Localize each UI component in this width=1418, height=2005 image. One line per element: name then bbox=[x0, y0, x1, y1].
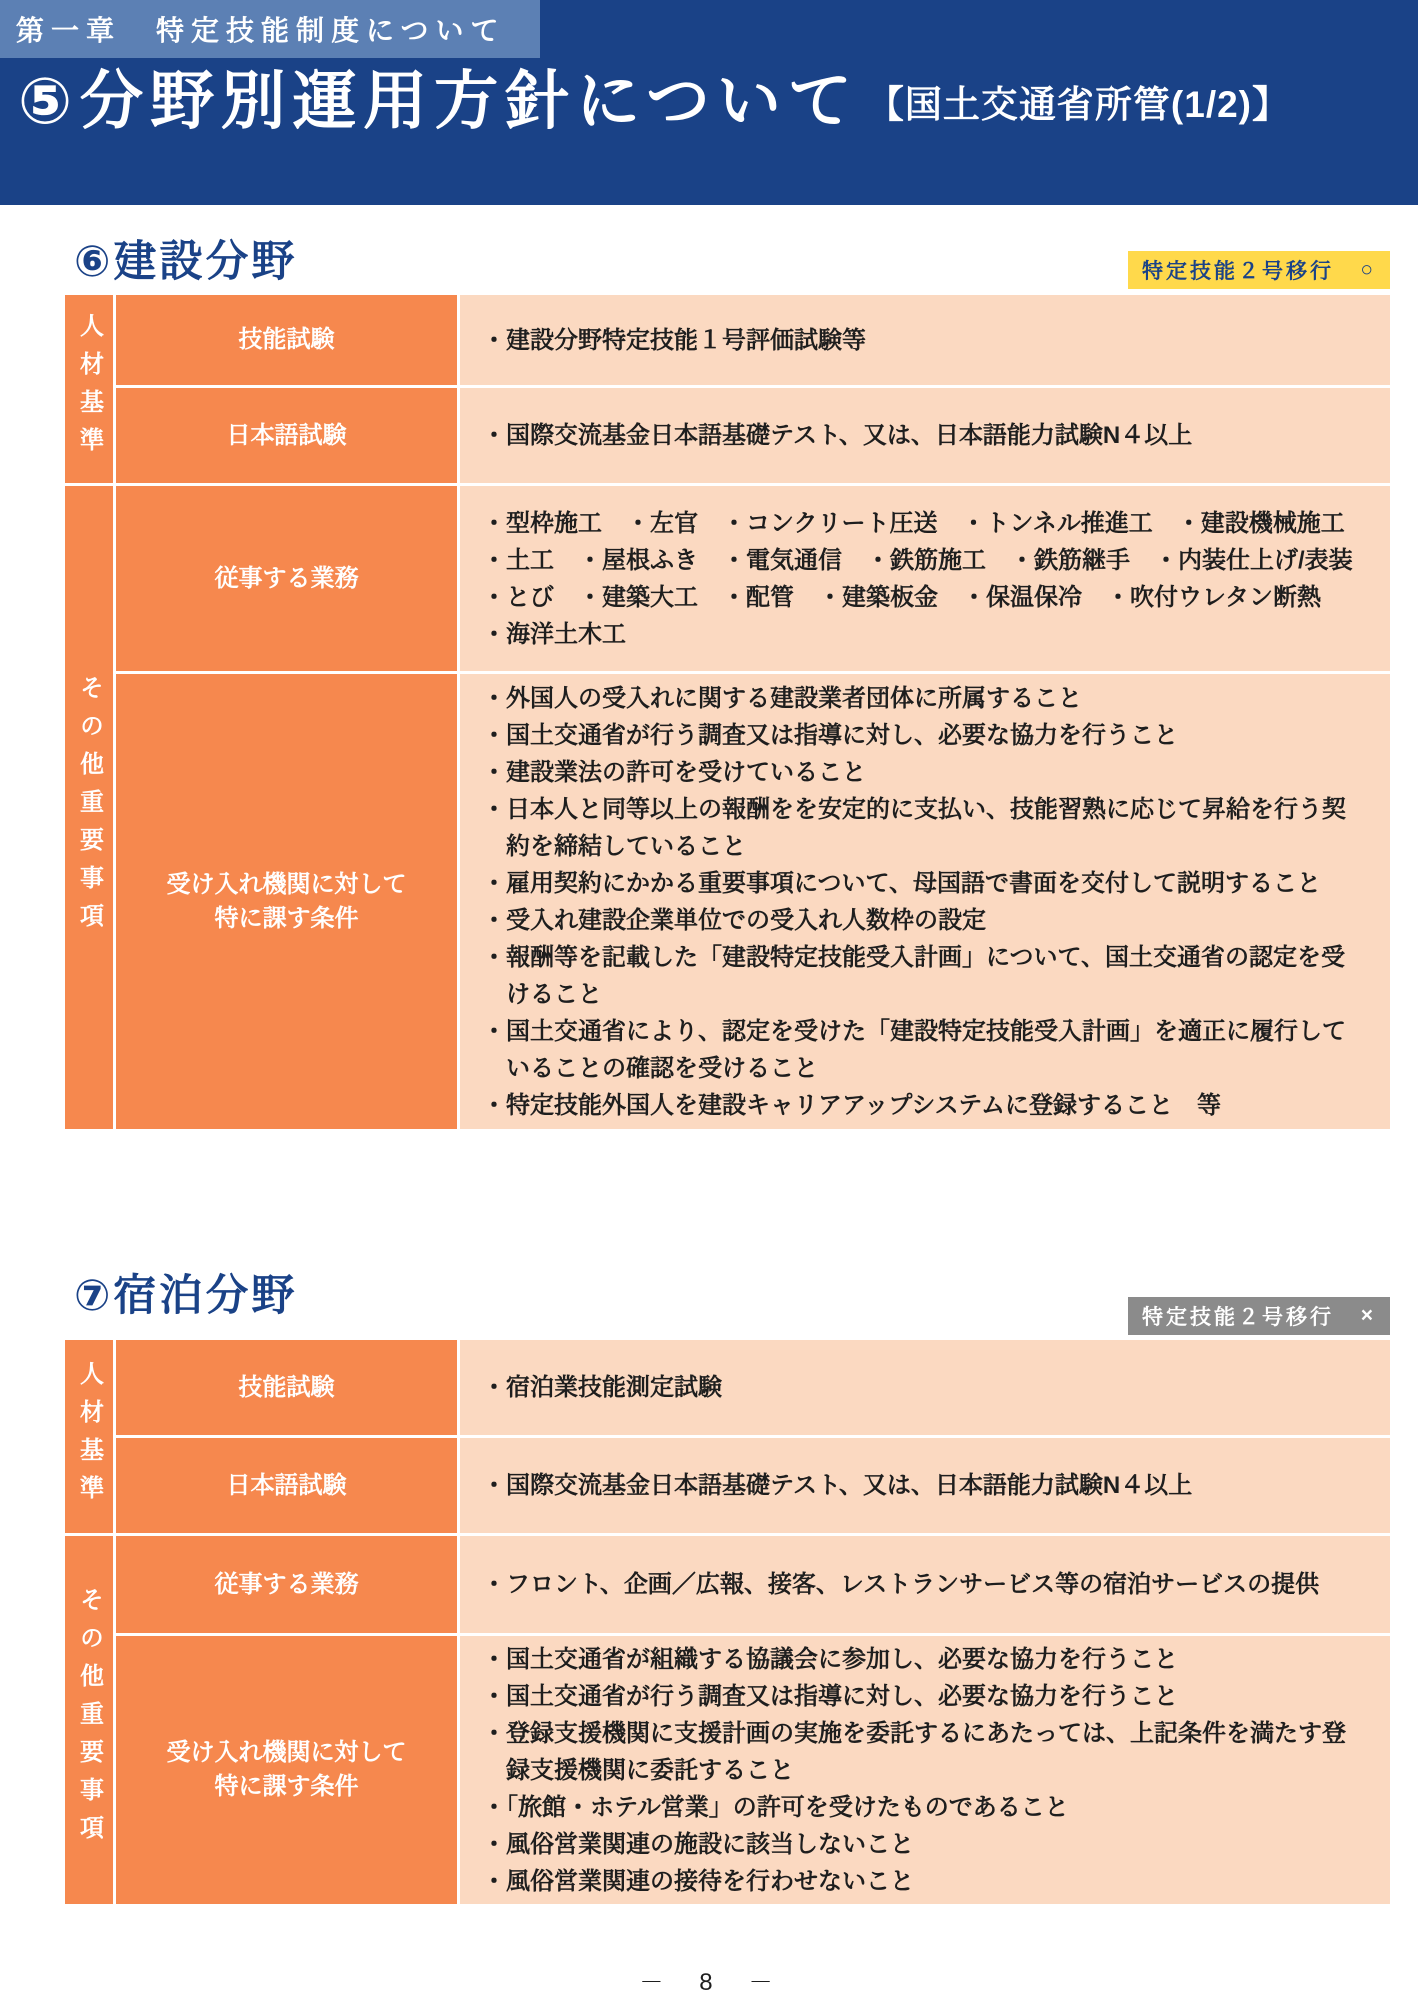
page-title-suffix: 【国土交通省所管(1/2)】 bbox=[867, 74, 1290, 135]
transition-badge-accommodation: 特定技能２号移行 × bbox=[1128, 1297, 1390, 1335]
badge-mark-cross: × bbox=[1361, 1304, 1376, 1328]
section-title-construction: ⑥建設分野 bbox=[74, 228, 297, 289]
bullet-item: ・フロント、企画／広報、接客、レストランサービス等の宿泊サービスの提供 bbox=[482, 1566, 1368, 1603]
bullet-item: ・国土交通省が行う調査又は指導に対し、必要な協力を行うこと bbox=[482, 1678, 1368, 1715]
bullet-item: ・宿泊業技能測定試験 bbox=[482, 1369, 1368, 1406]
bullet-item: ・特定技能外国人を建設キャリアアップシステムに登録すること 等 bbox=[482, 1087, 1368, 1124]
row-content-duties: ・型枠施工 ・左官 ・コンクリート圧送 ・トンネル推進工 ・建設機械施工 ・土工… bbox=[460, 486, 1390, 671]
bullet-item: ・海洋土木工 bbox=[482, 616, 1368, 653]
accommodation-table: 人材基準 技能試験 ・宿泊業技能測定試験 日本語試験 ・国際交流基金日本語基礎テ… bbox=[65, 1340, 1390, 1904]
row-content-skill-test: ・宿泊業技能測定試験 bbox=[460, 1340, 1390, 1435]
bullet-item: ・「旅館・ホテル営業」の許可を受けたものであること bbox=[482, 1789, 1368, 1826]
row-group-label-jinzai: 人材基準 bbox=[65, 1340, 113, 1533]
page-header: 第一章 特定技能制度について ⑤分野別運用方針について 【国土交通省所管(1/2… bbox=[0, 0, 1418, 205]
bullet-item: ・土工 ・屋根ふき ・電気通信 ・鉄筋施工 ・鉄筋継手 ・内装仕上げ/表装 bbox=[482, 542, 1368, 579]
badge-label: 特定技能２号移行 bbox=[1142, 255, 1334, 285]
page-number: － 8 － bbox=[0, 1962, 1418, 1997]
bullet-item: ・型枠施工 ・左官 ・コンクリート圧送 ・トンネル推進工 ・建設機械施工 bbox=[482, 505, 1368, 542]
row-group-label-jinzai: 人材基準 bbox=[65, 295, 113, 483]
construction-table: 人材基準 技能試験 ・建設分野特定技能１号評価試験等 日本語試験 ・国際交流基金… bbox=[65, 295, 1390, 1129]
row-label-japanese-test: 日本語試験 bbox=[116, 1438, 457, 1533]
chapter-bar: 第一章 特定技能制度について bbox=[0, 0, 540, 58]
row-group-label-sonota: その他重要事項 bbox=[65, 1536, 113, 1904]
transition-badge-construction: 特定技能２号移行 ○ bbox=[1128, 251, 1390, 289]
bullet-item: ・登録支援機関に支援計画の実施を委託するにあたっては、上記条件を満たす登録支援機… bbox=[482, 1715, 1368, 1789]
bullet-item: ・風俗営業関連の接待を行わせないこと bbox=[482, 1863, 1368, 1900]
section-title-accommodation: ⑦宿泊分野 bbox=[74, 1262, 297, 1323]
bullet-item: ・日本人と同等以上の報酬をを安定的に支払い、技能習熟に応じて昇給を行う契約を締結… bbox=[482, 791, 1368, 865]
row-label-conditions: 受け入れ機関に対して 特に課す条件 bbox=[116, 1636, 457, 1904]
bullet-item: ・受入れ建設企業単位での受入れ人数枠の設定 bbox=[482, 902, 1368, 939]
bullet-item: ・建設分野特定技能１号評価試験等 bbox=[482, 322, 1368, 359]
row-group-label-sonota: その他重要事項 bbox=[65, 486, 113, 1129]
bullet-item: ・とび ・建築大工 ・配管 ・建築板金 ・保温保冷 ・吹付ウレタン断熱 bbox=[482, 579, 1368, 616]
row-content-japanese-test: ・国際交流基金日本語基礎テスト、又は、日本語能力試験N４以上 bbox=[460, 388, 1390, 483]
bullet-item: ・外国人の受入れに関する建設業者団体に所属すること bbox=[482, 680, 1368, 717]
bullet-item: ・国土交通省が行う調査又は指導に対し、必要な協力を行うこと bbox=[482, 717, 1368, 754]
row-content-conditions: ・国土交通省が組織する協議会に参加し、必要な協力を行うこと ・国土交通省が行う調… bbox=[460, 1636, 1390, 1904]
row-label-japanese-test: 日本語試験 bbox=[116, 388, 457, 483]
row-content-duties: ・フロント、企画／広報、接客、レストランサービス等の宿泊サービスの提供 bbox=[460, 1536, 1390, 1633]
bullet-item: ・報酬等を記載した「建設特定技能受入計画」について、国土交通省の認定を受けること bbox=[482, 939, 1368, 1013]
bullet-item: ・建設業法の許可を受けていること bbox=[482, 754, 1368, 791]
chapter-label: 第一章 特定技能制度について bbox=[16, 9, 505, 49]
badge-label: 特定技能２号移行 bbox=[1142, 1301, 1334, 1331]
bullet-item: ・風俗営業関連の施設に該当しないこと bbox=[482, 1826, 1368, 1863]
row-content-skill-test: ・建設分野特定技能１号評価試験等 bbox=[460, 295, 1390, 385]
bullet-item: ・国土交通省が組織する協議会に参加し、必要な協力を行うこと bbox=[482, 1641, 1368, 1678]
bullet-item: ・国際交流基金日本語基礎テスト、又は、日本語能力試験N４以上 bbox=[482, 417, 1368, 454]
row-label-skill-test: 技能試験 bbox=[116, 295, 457, 385]
page-title: ⑤分野別運用方針について bbox=[18, 68, 859, 135]
badge-mark-circle: ○ bbox=[1360, 258, 1376, 282]
row-label-duties: 従事する業務 bbox=[116, 486, 457, 671]
row-label-duties: 従事する業務 bbox=[116, 1536, 457, 1633]
row-content-conditions: ・外国人の受入れに関する建設業者団体に所属すること ・国土交通省が行う調査又は指… bbox=[460, 674, 1390, 1129]
row-label-skill-test: 技能試験 bbox=[116, 1340, 457, 1435]
bullet-item: ・国際交流基金日本語基礎テスト、又は、日本語能力試験N４以上 bbox=[482, 1467, 1368, 1504]
row-label-conditions: 受け入れ機関に対して 特に課す条件 bbox=[116, 674, 457, 1129]
row-content-japanese-test: ・国際交流基金日本語基礎テスト、又は、日本語能力試験N４以上 bbox=[460, 1438, 1390, 1533]
title-row: ⑤分野別運用方針について 【国土交通省所管(1/2)】 bbox=[18, 68, 1408, 135]
bullet-item: ・国土交通省により、認定を受けた「建設特定技能受入計画」を適正に履行していること… bbox=[482, 1013, 1368, 1087]
bullet-item: ・雇用契約にかかる重要事項について、母国語で書面を交付して説明すること bbox=[482, 865, 1368, 902]
